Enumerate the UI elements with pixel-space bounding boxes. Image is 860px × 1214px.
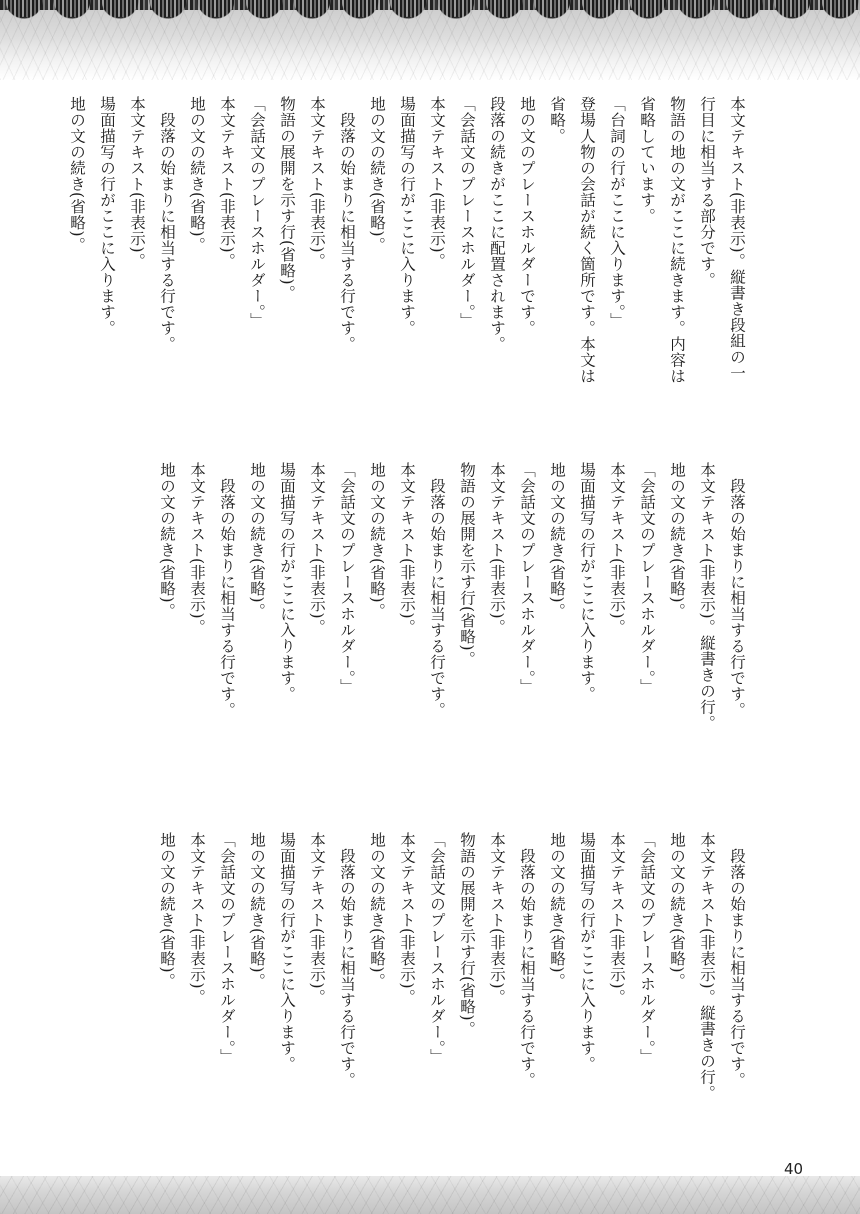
text-column: 本文テキスト(非表示)。 — [602, 462, 632, 792]
text-column: 場面描写の行がここに入ります。 — [572, 832, 602, 1122]
text-column: 本文テキスト(非表示)。 — [392, 462, 422, 792]
text-column: 「会話文のプレースホルダー。」 — [632, 832, 662, 1122]
text-column: 段落の始まりに相当する行です。 — [212, 462, 242, 792]
text-column: 「会話文のプレースホルダー。」 — [212, 832, 242, 1122]
text-column: 物語の展開を示す行(省略)。 — [452, 832, 482, 1122]
text-column: 地の文の続き(省略)。 — [242, 462, 272, 792]
text-column: 本文テキスト(非表示)。 — [302, 462, 332, 792]
lace-border-decoration — [0, 0, 860, 26]
text-column: 地の文の続き(省略)。 — [542, 832, 572, 1122]
text-column: 場面描写の行がここに入ります。 — [92, 96, 122, 396]
text-column: 段落の始まりに相当する行です。 — [722, 462, 752, 792]
text-column: 場面描写の行がここに入ります。 — [392, 96, 422, 396]
text-column: 地の文の続き(省略)。 — [182, 96, 212, 396]
text-column: 地の文の続き(省略)。 — [542, 462, 572, 792]
text-column: 地の文の続き(省略)。 — [662, 832, 692, 1122]
text-column: 地の文の続き(省略)。 — [152, 832, 182, 1122]
text-column: 物語の展開を示す行(省略)。 — [452, 462, 482, 792]
text-column: 本文テキスト(非表示)。 — [182, 832, 212, 1122]
text-column: 物語の地の文がここに続きます。内容は省略しています。 — [632, 96, 692, 396]
text-column: 地の文の続き(省略)。 — [242, 832, 272, 1122]
text-column: 「会話文のプレースホルダー。」 — [242, 96, 272, 396]
text-column: 「会話文のプレースホルダー。」 — [512, 462, 542, 792]
text-column: 地の文の続き(省略)。 — [62, 96, 92, 396]
text-band-middle: 段落の始まりに相当する行です。本文テキスト(非表示)。縦書きの行。地の文の続き(… — [102, 462, 752, 792]
text-column: 段落の始まりに相当する行です。 — [152, 96, 182, 396]
text-column: 物語の展開を示す行(省略)。 — [272, 96, 302, 396]
text-column: 段落の始まりに相当する行です。 — [422, 462, 452, 792]
text-column: 本文テキスト(非表示)。 — [122, 96, 152, 396]
text-column: 本文テキスト(非表示)。縦書きの行。 — [692, 832, 722, 1122]
text-column: 地の文のプレースホルダーです。 — [512, 96, 542, 396]
text-column: 本文テキスト(非表示)。 — [182, 462, 212, 792]
text-column: 場面描写の行がここに入ります。 — [272, 832, 302, 1122]
text-column: 本文テキスト(非表示)。 — [422, 96, 452, 396]
text-column: 本文テキスト(非表示)。 — [482, 462, 512, 792]
text-column: 段落の始まりに相当する行です。 — [332, 96, 362, 396]
text-column: 段落の始まりに相当する行です。 — [512, 832, 542, 1122]
text-column: 本文テキスト(非表示)。 — [482, 832, 512, 1122]
text-column: 本文テキスト(非表示)。 — [212, 96, 242, 396]
text-column: 場面描写の行がここに入ります。 — [272, 462, 302, 792]
text-column: 段落の始まりに相当する行です。 — [722, 832, 752, 1122]
text-column: 本文テキスト(非表示)。 — [302, 96, 332, 396]
text-column: 「会話文のプレースホルダー。」 — [452, 96, 482, 396]
text-column: 地の文の続き(省略)。 — [362, 832, 392, 1122]
text-column: 登場人物の会話が続く箇所です。本文は省略。 — [542, 96, 602, 396]
text-column: 段落の続きがここに配置されます。 — [482, 96, 512, 396]
text-column: 「会話文のプレースホルダー。」 — [422, 832, 452, 1122]
text-column: 本文テキスト(非表示)。 — [302, 832, 332, 1122]
text-column: 本文テキスト(非表示)。縦書きの行。 — [692, 462, 722, 792]
text-band-top: 本文テキスト(非表示)。縦書き段組の一行目に相当する部分です。物語の地の文がここ… — [102, 96, 752, 396]
text-column: 「台詞の行がここに入ります。」 — [602, 96, 632, 396]
text-column: 地の文の続き(省略)。 — [362, 96, 392, 396]
text-column: 段落の始まりに相当する行です。 — [332, 832, 362, 1122]
text-band-bottom: 段落の始まりに相当する行です。本文テキスト(非表示)。縦書きの行。地の文の続き(… — [102, 832, 752, 1122]
text-column: 場面描写の行がここに入ります。 — [572, 462, 602, 792]
bottom-texture-decoration — [0, 1176, 860, 1214]
text-column: 「会話文のプレースホルダー。」 — [632, 462, 662, 792]
text-column: 地の文の続き(省略)。 — [362, 462, 392, 792]
text-column: 本文テキスト(非表示)。縦書き段組の一行目に相当する部分です。 — [692, 96, 752, 396]
text-column: 「会話文のプレースホルダー。」 — [332, 462, 362, 792]
text-column: 本文テキスト(非表示)。 — [602, 832, 632, 1122]
text-column: 地の文の続き(省略)。 — [662, 462, 692, 792]
text-column: 地の文の続き(省略)。 — [152, 462, 182, 792]
text-column: 本文テキスト(非表示)。 — [392, 832, 422, 1122]
